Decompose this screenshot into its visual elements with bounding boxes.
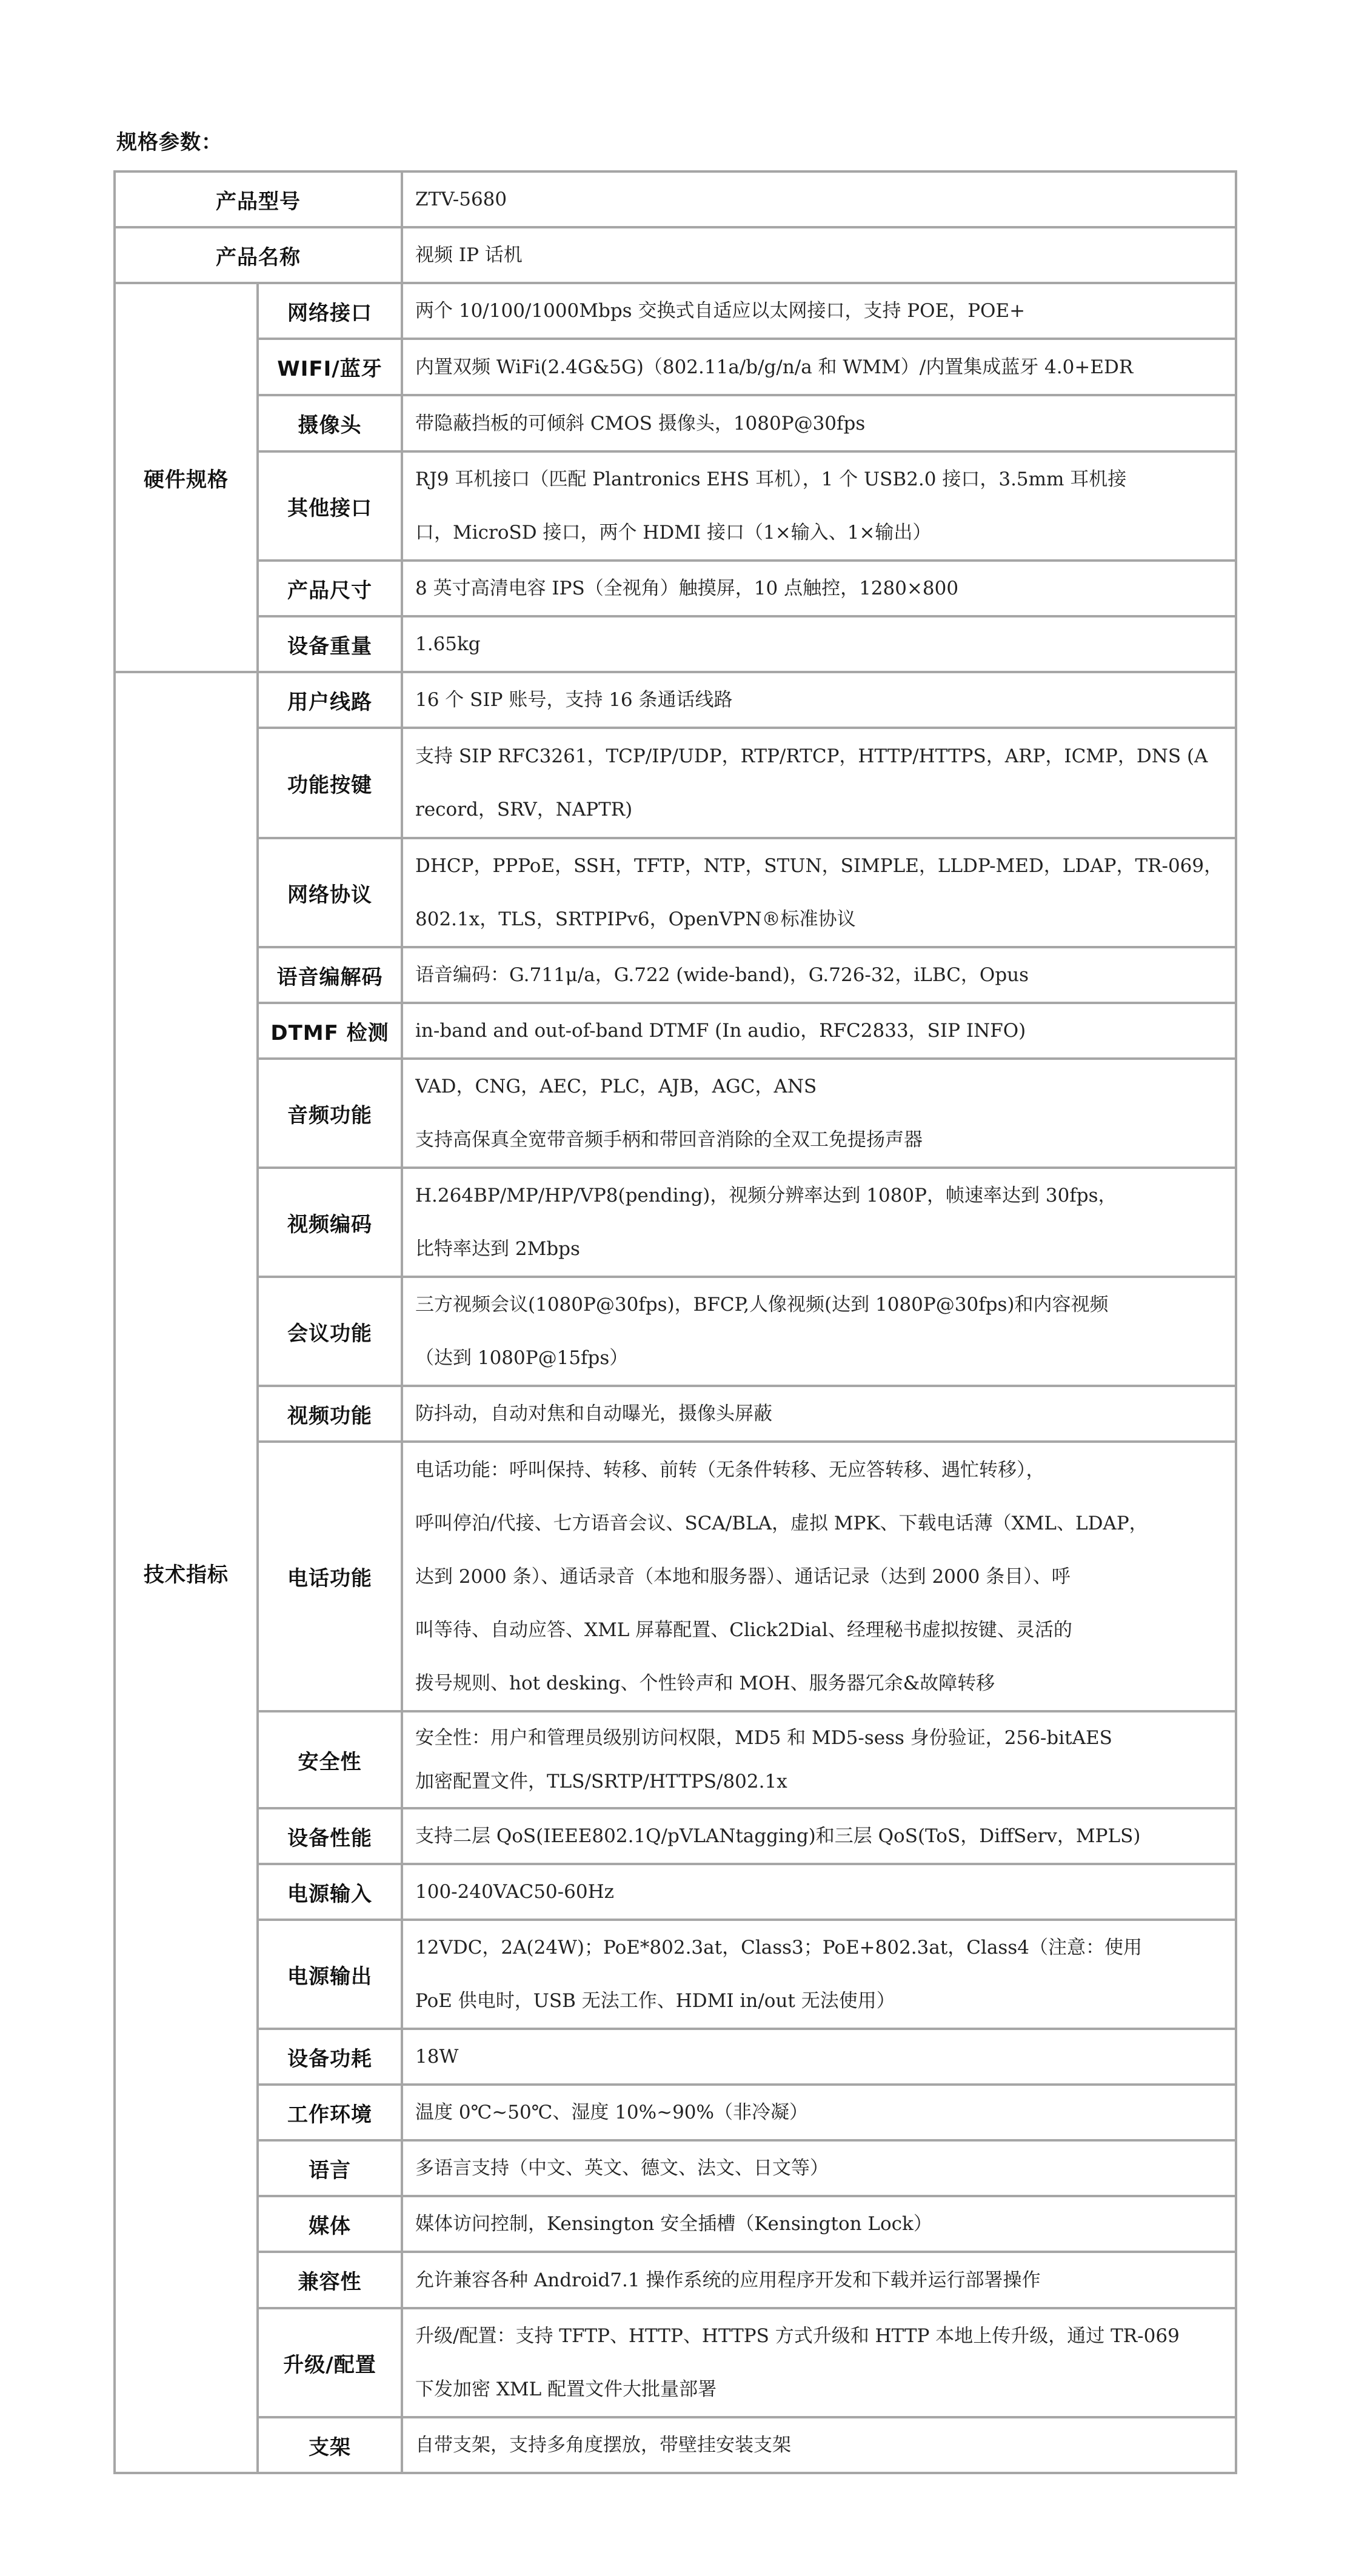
row-value: in-band and out-of-band DTMF (In audio，R…	[402, 1003, 1236, 1059]
value-line: 呼叫停泊/代接、七方语音会议、SCA/BLA，虚拟 MPK、下载电话薄（XML、…	[415, 1497, 1226, 1550]
table-row: 电源输出12VDC，2A(24W)；PoE*802.3at，Class3；PoE…	[115, 1920, 1236, 2029]
table-row: 网络协议DHCP，PPPoE，SSH，TFTP，NTP，STUN，SIMPLE，…	[115, 838, 1236, 947]
value-line: 内置双频 WiFi(2.4G&5G)（802.11a/b/g/n/a 和 WMM…	[415, 341, 1226, 394]
row-value: 带隐蔽挡板的可倾斜 CMOS 摄像头，1080P@30fps	[402, 395, 1236, 451]
table-row: 支架自带支架，支持多角度摆放，带壁挂安装支架	[115, 2417, 1236, 2473]
row-label: 产品名称	[115, 227, 402, 283]
table-row: 电话功能电话功能：呼叫保持、转移、前转（无条件转移、无应答转移、遇忙转移），呼叫…	[115, 1442, 1236, 1711]
row-value: 语音编码：G.711μ/a，G.722 (wide-band)，G.726-32…	[402, 947, 1236, 1003]
group-label-technical: 技术指标	[115, 672, 258, 2473]
row-value: 支持二层 QoS(IEEE802.1Q/pVLANtagging)和三层 QoS…	[402, 1808, 1236, 1864]
row-label: 产品尺寸	[258, 561, 402, 616]
value-line: 支持 SIP RFC3261，TCP/IP/UDP，RTP/RTCP，HTTP/…	[415, 730, 1226, 783]
value-line: H.264BP/MP/HP/VP8(pending)，视频分辨率达到 1080P…	[415, 1169, 1226, 1222]
row-label: 设备性能	[258, 1808, 402, 1864]
table-row: 摄像头带隐蔽挡板的可倾斜 CMOS 摄像头，1080P@30fps	[115, 395, 1236, 451]
row-label: 电话功能	[258, 1442, 402, 1711]
table-row: 视频功能防抖动，自动对焦和自动曝光，摄像头屏蔽	[115, 1386, 1236, 1442]
row-value: 媒体访问控制，Kensington 安全插槽（Kensington Lock）	[402, 2196, 1236, 2252]
value-line: 三方视频会议(1080P@30fps)，BFCP,人像视频(达到 1080P@3…	[415, 1278, 1226, 1331]
row-value: H.264BP/MP/HP/VP8(pending)，视频分辨率达到 1080P…	[402, 1168, 1236, 1277]
page-title: 规格参数：	[116, 127, 222, 158]
value-line: DHCP，PPPoE，SSH，TFTP，NTP，STUN，SIMPLE，LLDP…	[415, 839, 1226, 893]
value-line: 1.65kg	[415, 617, 1226, 671]
value-line: RJ9 耳机接口（匹配 Plantronics EHS 耳机），1 个 USB2…	[415, 453, 1226, 506]
row-value: 支持 SIP RFC3261，TCP/IP/UDP，RTP/RTCP，HTTP/…	[402, 728, 1236, 838]
row-label: 语言	[258, 2140, 402, 2196]
row-value: 12VDC，2A(24W)；PoE*802.3at，Class3；PoE+802…	[402, 1920, 1236, 2029]
row-value: 两个 10/100/1000Mbps 交换式自适应以太网接口，支持 POE，PO…	[402, 283, 1236, 339]
table-row: 语音编解码语音编码：G.711μ/a，G.722 (wide-band)，G.7…	[115, 947, 1236, 1003]
table-row: 电源输入100-240VAC50-60Hz	[115, 1864, 1236, 1920]
row-label: 语音编解码	[258, 947, 402, 1003]
row-value: ZTV-5680	[402, 171, 1236, 227]
row-label: 产品型号	[115, 171, 402, 227]
value-line: record，SRV，NAPTR)	[415, 783, 1226, 836]
row-label: 其他接口	[258, 451, 402, 561]
row-label: 安全性	[258, 1711, 402, 1808]
row-value: 升级/配置：支持 TFTP、HTTP、HTTPS 方式升级和 HTTP 本地上传…	[402, 2308, 1236, 2417]
value-line: 叫等待、自动应答、XML 屏幕配置、Click2Dial、经理秘书虚拟按键、灵活…	[415, 1603, 1226, 1657]
table-row: 技术指标用户线路16 个 SIP 账号，支持 16 条通话线路	[115, 672, 1236, 728]
value-line: 支持二层 QoS(IEEE802.1Q/pVLANtagging)和三层 QoS…	[415, 1809, 1226, 1863]
row-value: 允许兼容各种 Android7.1 操作系统的应用程序开发和下载并运行部署操作	[402, 2252, 1236, 2308]
table-row: 音频功能VAD，CNG，AEC，PLC，AJB，AGC，ANS支持高保真全宽带音…	[115, 1059, 1236, 1168]
value-line: 比特率达到 2Mbps	[415, 1222, 1226, 1276]
row-label: WIFI/蓝牙	[258, 339, 402, 395]
table-row: 语言多语言支持（中文、英文、德文、法文、日文等）	[115, 2140, 1236, 2196]
table-row: DTMF 检测in-band and out-of-band DTMF (In …	[115, 1003, 1236, 1059]
row-label: 媒体	[258, 2196, 402, 2252]
row-value: 100-240VAC50-60Hz	[402, 1864, 1236, 1920]
row-value: 18W	[402, 2029, 1236, 2085]
value-line: 电话功能：呼叫保持、转移、前转（无条件转移、无应答转移、遇忙转移），	[415, 1443, 1226, 1497]
spec-table: 产品型号 ZTV-5680 产品名称 视频 IP 话机 硬件规格网络接口两个 1…	[113, 170, 1237, 2474]
row-value: 电话功能：呼叫保持、转移、前转（无条件转移、无应答转移、遇忙转移），呼叫停泊/代…	[402, 1442, 1236, 1711]
row-value: 1.65kg	[402, 616, 1236, 672]
row-value: 8 英寸高清电容 IPS（全视角）触摸屏，10 点触控，1280×800	[402, 561, 1236, 616]
row-value: RJ9 耳机接口（匹配 Plantronics EHS 耳机），1 个 USB2…	[402, 451, 1236, 561]
row-value: 视频 IP 话机	[402, 227, 1236, 283]
value-line: 防抖动，自动对焦和自动曝光，摄像头屏蔽	[415, 1387, 1226, 1440]
row-label: 会议功能	[258, 1277, 402, 1386]
value-line: 达到 2000 条）、通话录音（本地和服务器）、通话记录（达到 2000 条目）…	[415, 1550, 1226, 1603]
row-label: DTMF 检测	[258, 1003, 402, 1059]
row-label: 视频编码	[258, 1168, 402, 1277]
table-row: 设备功耗18W	[115, 2029, 1236, 2085]
row-value: 多语言支持（中文、英文、德文、法文、日文等）	[402, 2140, 1236, 2196]
value-line: 16 个 SIP 账号，支持 16 条通话线路	[415, 673, 1226, 727]
table-row: 其他接口RJ9 耳机接口（匹配 Plantronics EHS 耳机），1 个 …	[115, 451, 1236, 561]
row-value: 温度 0℃~50℃、湿度 10%~90%（非冷凝）	[402, 2085, 1236, 2140]
row-label: 电源输入	[258, 1864, 402, 1920]
row-value: 内置双频 WiFi(2.4G&5G)（802.11a/b/g/n/a 和 WMM…	[402, 339, 1236, 395]
table-row: 升级/配置升级/配置：支持 TFTP、HTTP、HTTPS 方式升级和 HTTP…	[115, 2308, 1236, 2417]
table-row: 安全性安全性：用户和管理员级别访问权限，MD5 和 MD5-sess 身份验证，…	[115, 1711, 1236, 1808]
value-line: 允许兼容各种 Android7.1 操作系统的应用程序开发和下载并运行部署操作	[415, 2254, 1226, 2307]
value-line: 两个 10/100/1000Mbps 交换式自适应以太网接口，支持 POE，PO…	[415, 284, 1226, 338]
row-label: 电源输出	[258, 1920, 402, 2029]
row-label: 设备重量	[258, 616, 402, 672]
value-line: 8 英寸高清电容 IPS（全视角）触摸屏，10 点触控，1280×800	[415, 562, 1226, 615]
row-label: 视频功能	[258, 1386, 402, 1442]
value-line: 口，MicroSD 接口，两个 HDMI 接口（1×输入、1×输出）	[415, 506, 1226, 559]
row-value: 防抖动，自动对焦和自动曝光，摄像头屏蔽	[402, 1386, 1236, 1442]
value-line: 加密配置文件，TLS/SRTP/HTTPS/802.1x	[415, 1760, 1226, 1803]
value-line: 支持高保真全宽带音频手柄和带回音消除的全双工免提扬声器	[415, 1113, 1226, 1167]
row-value: 安全性：用户和管理员级别访问权限，MD5 和 MD5-sess 身份验证，256…	[402, 1711, 1236, 1808]
row-label: 网络接口	[258, 283, 402, 339]
value-line: 100-240VAC50-60Hz	[415, 1865, 1226, 1919]
row-value: VAD，CNG，AEC，PLC，AJB，AGC，ANS支持高保真全宽带音频手柄和…	[402, 1059, 1236, 1168]
table-row: 设备性能支持二层 QoS(IEEE802.1Q/pVLANtagging)和三层…	[115, 1808, 1236, 1864]
row-label: 兼容性	[258, 2252, 402, 2308]
value-line: 语音编码：G.711μ/a，G.722 (wide-band)，G.726-32…	[415, 948, 1226, 1002]
value-line: PoE 供电时，USB 无法工作、HDMI in/out 无法使用）	[415, 1974, 1226, 2028]
value-line: 拨号规则、hot desking、个性铃声和 MOH、服务器冗余&故障转移	[415, 1657, 1226, 1710]
value-line: 802.1x，TLS，SRTPIPv6，OpenVPN®标准协议	[415, 893, 1226, 946]
value-line: 温度 0℃~50℃、湿度 10%~90%（非冷凝）	[415, 2086, 1226, 2139]
value-line: VAD，CNG，AEC，PLC，AJB，AGC，ANS	[415, 1060, 1226, 1113]
table-row-product-model: 产品型号 ZTV-5680	[115, 171, 1236, 227]
value-line: 升级/配置：支持 TFTP、HTTP、HTTPS 方式升级和 HTTP 本地上传…	[415, 2309, 1226, 2363]
row-label: 设备功耗	[258, 2029, 402, 2085]
table-row: 功能按键支持 SIP RFC3261，TCP/IP/UDP，RTP/RTCP，H…	[115, 728, 1236, 838]
row-value: 自带支架，支持多角度摆放，带壁挂安装支架	[402, 2417, 1236, 2473]
value-line: 12VDC，2A(24W)；PoE*802.3at，Class3；PoE+802…	[415, 1921, 1226, 1974]
table-row: 工作环境温度 0℃~50℃、湿度 10%~90%（非冷凝）	[115, 2085, 1236, 2140]
value-line: 自带支架，支持多角度摆放，带壁挂安装支架	[415, 2418, 1226, 2472]
row-label: 网络协议	[258, 838, 402, 947]
table-row: 硬件规格网络接口两个 10/100/1000Mbps 交换式自适应以太网接口，支…	[115, 283, 1236, 339]
row-value: 三方视频会议(1080P@30fps)，BFCP,人像视频(达到 1080P@3…	[402, 1277, 1236, 1386]
row-label: 摄像头	[258, 395, 402, 451]
value-line: 媒体访问控制，Kensington 安全插槽（Kensington Lock）	[415, 2197, 1226, 2251]
group-label-hardware: 硬件规格	[115, 283, 258, 672]
value-line: 安全性：用户和管理员级别访问权限，MD5 和 MD5-sess 身份验证，256…	[415, 1716, 1226, 1760]
value-line: 多语言支持（中文、英文、德文、法文、日文等）	[415, 2142, 1226, 2195]
table-row: 视频编码H.264BP/MP/HP/VP8(pending)，视频分辨率达到 1…	[115, 1168, 1236, 1277]
table-row: 产品尺寸8 英寸高清电容 IPS（全视角）触摸屏，10 点触控，1280×800	[115, 561, 1236, 616]
row-value: 16 个 SIP 账号，支持 16 条通话线路	[402, 672, 1236, 728]
row-label: 音频功能	[258, 1059, 402, 1168]
value-line: 18W	[415, 2030, 1226, 2083]
row-label: 工作环境	[258, 2085, 402, 2140]
value-line: （达到 1080P@15fps）	[415, 1331, 1226, 1385]
row-label: 用户线路	[258, 672, 402, 728]
value-line: 下发加密 XML 配置文件大批量部署	[415, 2363, 1226, 2416]
value-line: in-band and out-of-band DTMF (In audio，R…	[415, 1004, 1226, 1057]
table-row: WIFI/蓝牙内置双频 WiFi(2.4G&5G)（802.11a/b/g/n/…	[115, 339, 1236, 395]
row-label: 支架	[258, 2417, 402, 2473]
row-label: 功能按键	[258, 728, 402, 838]
row-label: 升级/配置	[258, 2308, 402, 2417]
table-row: 会议功能三方视频会议(1080P@30fps)，BFCP,人像视频(达到 108…	[115, 1277, 1236, 1386]
table-row: 设备重量1.65kg	[115, 616, 1236, 672]
table-row: 媒体媒体访问控制，Kensington 安全插槽（Kensington Lock…	[115, 2196, 1236, 2252]
table-row-product-name: 产品名称 视频 IP 话机	[115, 227, 1236, 283]
table-row: 兼容性允许兼容各种 Android7.1 操作系统的应用程序开发和下载并运行部署…	[115, 2252, 1236, 2308]
row-value: DHCP，PPPoE，SSH，TFTP，NTP，STUN，SIMPLE，LLDP…	[402, 838, 1236, 947]
value-line: 带隐蔽挡板的可倾斜 CMOS 摄像头，1080P@30fps	[415, 397, 1226, 450]
